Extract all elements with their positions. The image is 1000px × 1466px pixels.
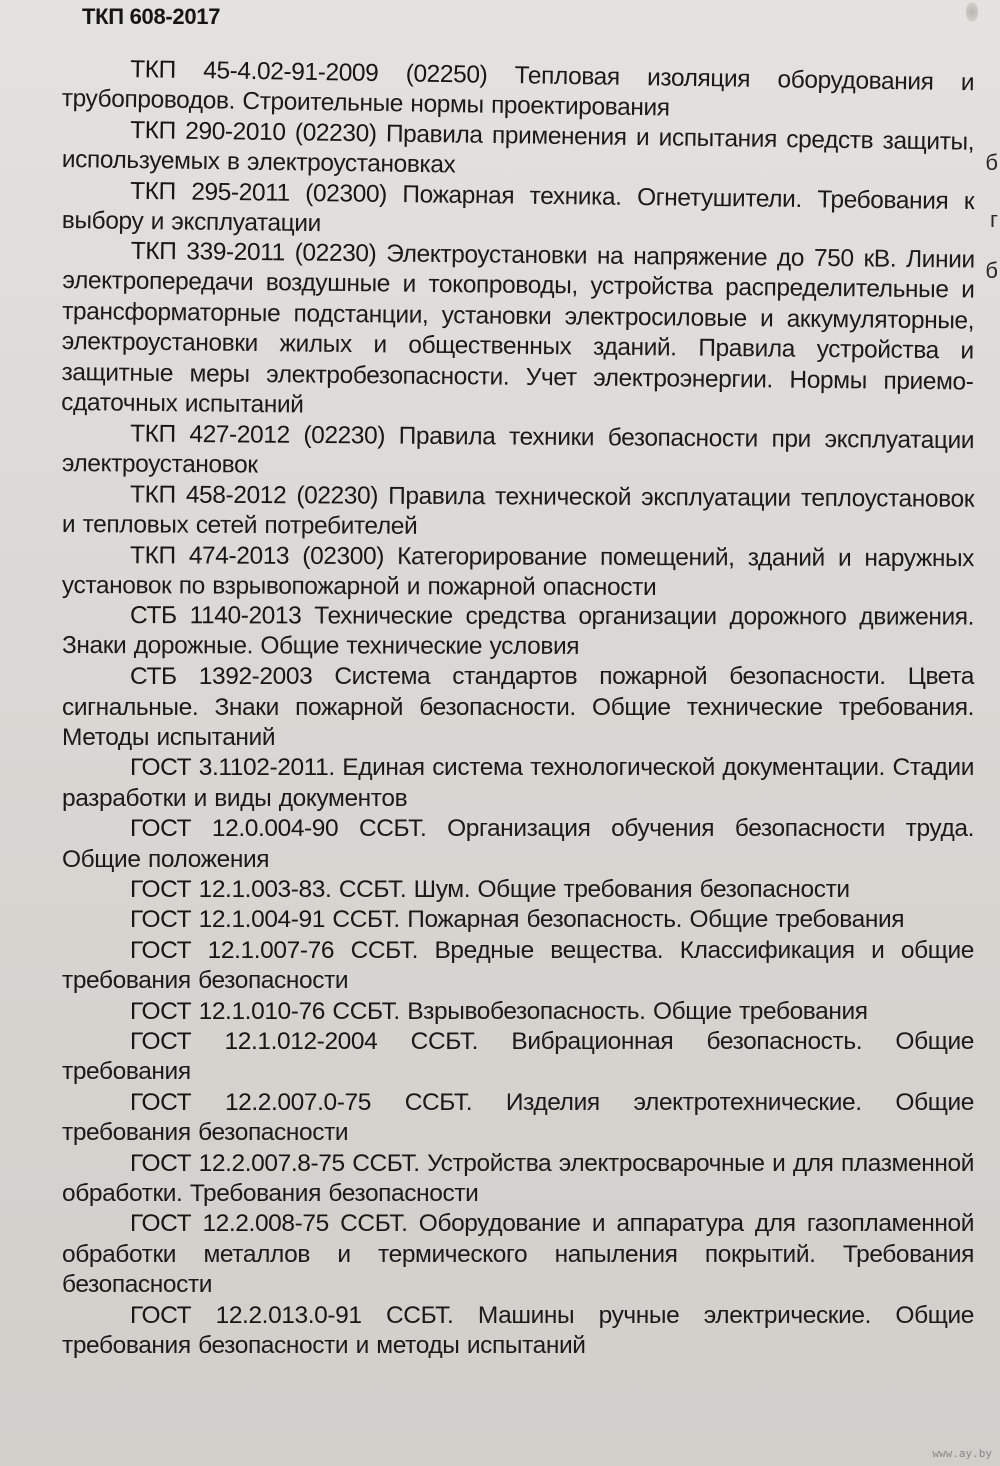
reference-title: ССБТ. Пожарная безопасность. Общие требо…	[332, 906, 904, 933]
reference-code: ГОСТ 3.1102-2011.	[130, 754, 335, 781]
page-corner-mark	[966, 2, 978, 22]
references-list: ТКП 45-4.02-91-2009 (02250) Тепловая изо…	[62, 54, 974, 1361]
reference-entry: СТБ 1140-2013 Технические средства орган…	[62, 601, 974, 663]
document-page: ТКП 608-2017 ТКП 45-4.02-91-2009 (02250)…	[0, 0, 1000, 1466]
reference-code: ТКП 427-2012 (02230)	[130, 420, 385, 449]
reference-code: ТКП 45-4.02-91-2009 (02250)	[130, 56, 488, 89]
adjacent-page-fragment: г	[990, 207, 998, 233]
reference-title: Электроустановки на напряжение до 750 кВ…	[61, 241, 975, 419]
reference-entry: ГОСТ 3.1102-2011. Единая система техноло…	[62, 753, 974, 814]
reference-entry: ТКП 339-2011 (02230) Электроустановки на…	[61, 236, 975, 428]
reference-code: ГОСТ 12.1.004-91	[130, 906, 325, 933]
reference-code: ГОСТ 12.2.007.0-75	[130, 1089, 371, 1116]
reference-entry: ТКП 458-2012 (02230) Правила технической…	[62, 480, 974, 546]
reference-code: ГОСТ 12.2.013.0-91	[130, 1302, 362, 1329]
reference-entry: ГОСТ 12.1.010-76 ССБТ. Взрывобезопасност…	[62, 997, 974, 1027]
adjacent-page-fragment: б	[985, 258, 998, 284]
reference-code: ТКП 458-2012 (02230)	[130, 481, 378, 509]
reference-code: СТБ 1140-2013	[130, 602, 301, 629]
reference-entry: СТБ 1392-2003 Система стандартов пожарно…	[62, 662, 974, 753]
reference-entry: ГОСТ 12.2.013.0-91 ССБТ. Машины ручные э…	[62, 1301, 974, 1362]
reference-entry: ГОСТ 12.1.007-76 ССБТ. Вредные вещества.…	[62, 936, 974, 997]
reference-entry: ТКП 427-2012 (02230) Правила техники без…	[62, 419, 974, 487]
watermark: www.ay.by	[932, 1447, 992, 1460]
reference-code: ГОСТ 12.1.003-83.	[130, 876, 331, 903]
reference-title: ССБТ. Шум. Общие требования безопасности	[339, 876, 850, 903]
reference-code: ТКП 290-2010 (02230)	[130, 117, 377, 147]
reference-title: ССБТ. Взрывобезопасность. Общие требован…	[332, 998, 867, 1025]
adjacent-page-fragment: б	[985, 150, 998, 176]
reference-code: ГОСТ 12.1.012-2004	[130, 1028, 377, 1055]
reference-code: ГОСТ 12.1.007-76	[130, 937, 334, 964]
reference-entry: ГОСТ 12.1.004-91 ССБТ. Пожарная безопасн…	[62, 905, 974, 935]
reference-code: ГОСТ 12.0.004-90	[130, 815, 338, 842]
reference-code: ТКП 474-2013 (02300)	[130, 542, 384, 570]
reference-code: ГОСТ 12.2.007.8-75	[130, 1150, 345, 1177]
reference-entry: ГОСТ 12.2.008-75 ССБТ. Оборудование и ап…	[62, 1209, 974, 1300]
reference-code: ТКП 339-2011 (02230)	[131, 238, 377, 268]
reference-code: СТБ 1392-2003	[130, 663, 312, 690]
reference-code: ТКП 295-2011 (02300)	[130, 177, 387, 207]
reference-entry: ТКП 474-2013 (02300) Категорирование пом…	[62, 541, 974, 605]
reference-entry: ГОСТ 12.2.007.8-75 ССБТ. Устройства элек…	[62, 1149, 974, 1210]
document-code-header: ТКП 608-2017	[82, 4, 220, 30]
reference-code: ГОСТ 12.2.008-75	[130, 1210, 329, 1237]
reference-entry: ГОСТ 12.1.012-2004 ССБТ. Вибрационная бе…	[62, 1027, 974, 1088]
reference-entry: ГОСТ 12.1.003-83. ССБТ. Шум. Общие требо…	[62, 875, 974, 905]
reference-entry: ГОСТ 12.2.007.0-75 ССБТ. Изделия электро…	[62, 1088, 974, 1149]
reference-entry: ГОСТ 12.0.004-90 ССБТ. Организация обуче…	[62, 814, 974, 875]
reference-code: ГОСТ 12.1.010-76	[130, 998, 325, 1025]
